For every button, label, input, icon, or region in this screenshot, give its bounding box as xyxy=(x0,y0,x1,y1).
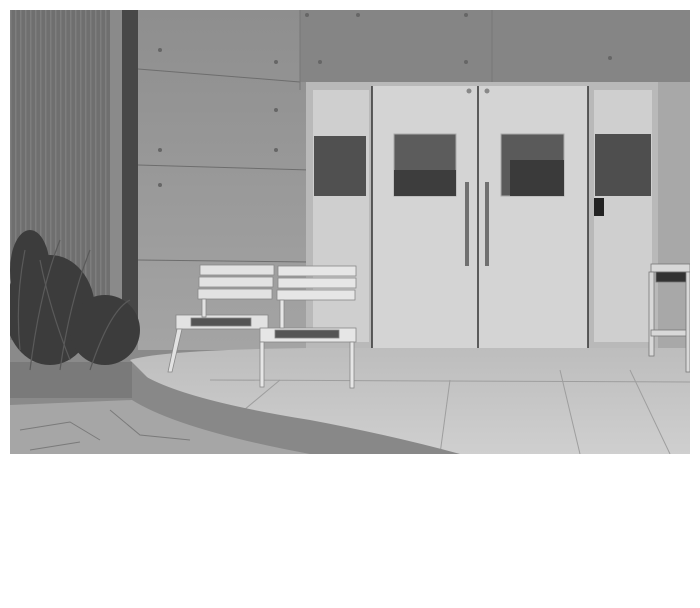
side-panel-left xyxy=(313,90,369,342)
photograph xyxy=(10,10,690,454)
photo-scene xyxy=(10,10,690,454)
side-window-left xyxy=(314,136,366,196)
pillar xyxy=(122,10,138,330)
card-reader xyxy=(594,198,604,216)
side-window-right xyxy=(595,134,651,196)
double-doors xyxy=(372,86,588,350)
planter xyxy=(10,362,132,398)
door-handle-right xyxy=(485,182,489,266)
door-handle-left xyxy=(465,182,469,266)
